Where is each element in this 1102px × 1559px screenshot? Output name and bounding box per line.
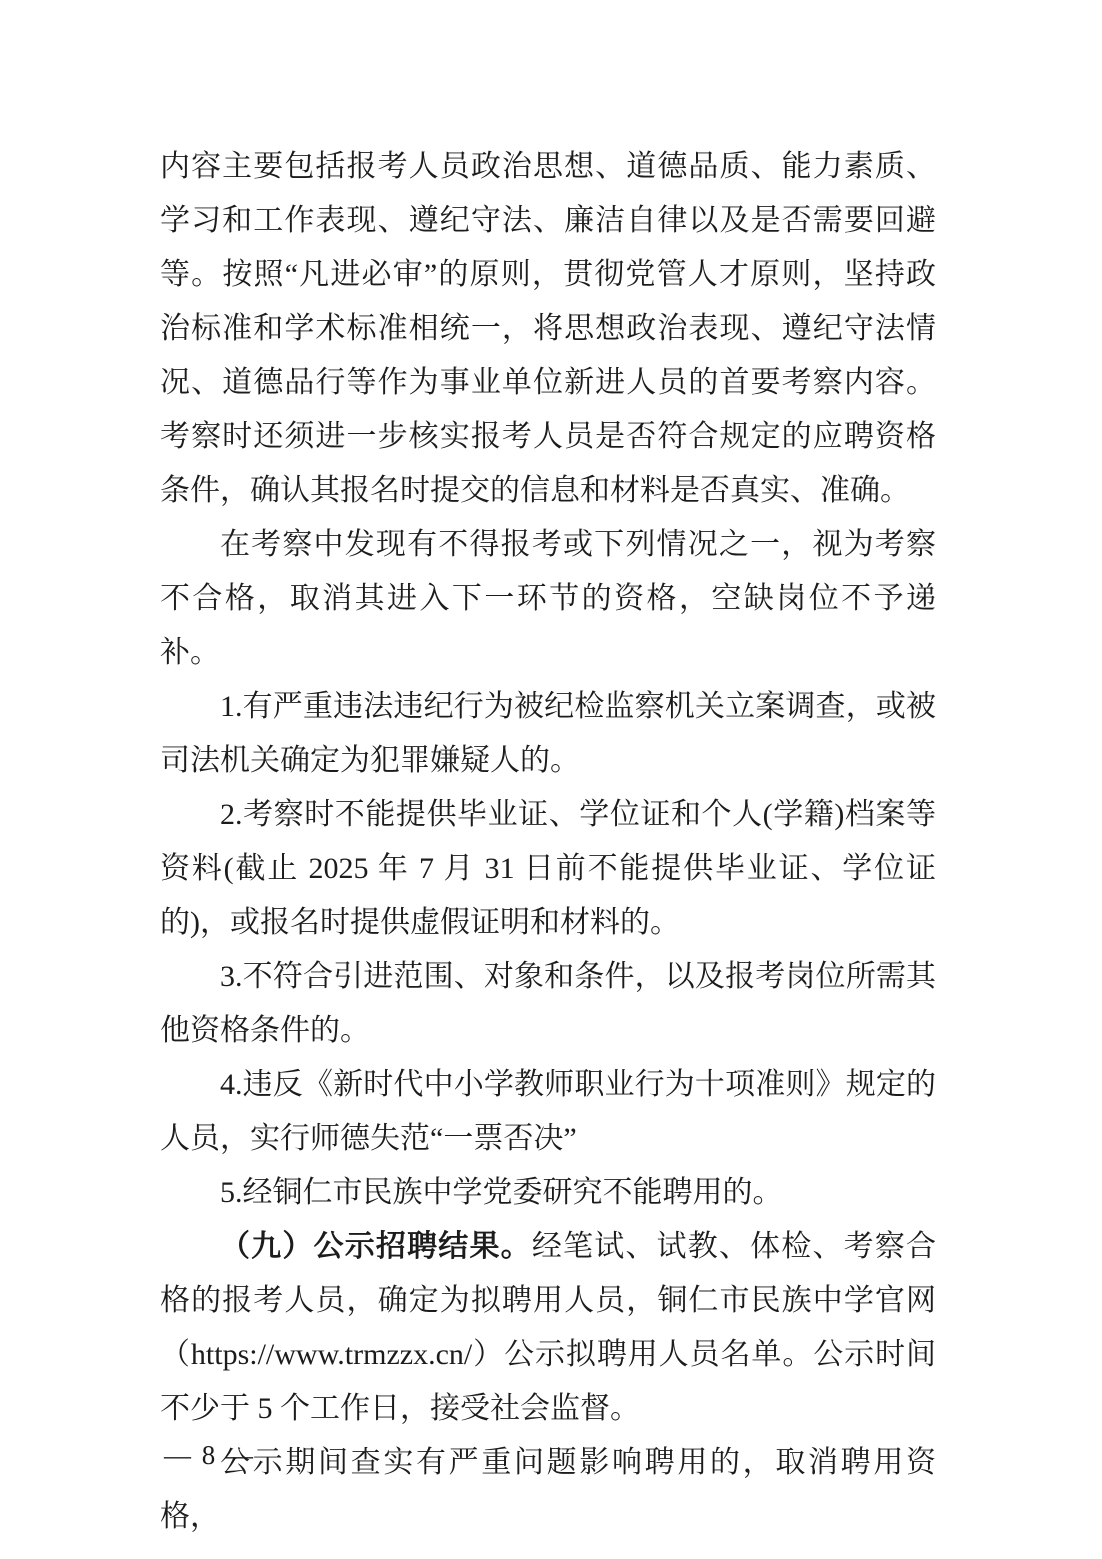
list-item-5: 5.经铜仁市民族中学党委研究不能聘用的。 — [160, 1166, 936, 1220]
section-9-heading: （九）公示招聘结果。 — [220, 1230, 532, 1263]
list-item-2: 2.考察时不能提供毕业证、学位证和个人(学籍)档案等资料(截止 2025 年 7… — [160, 788, 936, 950]
document-page: 内容主要包括报考人员政治思想、道德品质、能力素质、学习和工作表现、遵纪守法、廉洁… — [0, 0, 1102, 1559]
paragraph-inspection-failure-intro: 在考察中发现有不得报考或下列情况之一，视为考察不合格，取消其进入下一环节的资格，… — [160, 518, 936, 680]
paragraph-section-9: （九）公示招聘结果。经笔试、试教、体检、考察合格的报考人员，确定为拟聘用人员，铜… — [160, 1220, 936, 1436]
paragraph-publicity-period: 公示期间查实有严重问题影响聘用的，取消聘用资格， — [160, 1436, 936, 1544]
list-item-1: 1.有严重违法违纪行为被纪检监察机关立案调查，或被司法机关确定为犯罪嫌疑人的。 — [160, 680, 936, 788]
list-item-4: 4.违反《新时代中小学教师职业行为十项准则》规定的人员，实行师德失范“一票否决” — [160, 1058, 936, 1166]
list-item-3: 3.不符合引进范围、对象和条件，以及报考岗位所需其他资格条件的。 — [160, 950, 936, 1058]
paragraph-continued-from-previous-page: 内容主要包括报考人员政治思想、道德品质、能力素质、学习和工作表现、遵纪守法、廉洁… — [160, 140, 936, 518]
document-body: 内容主要包括报考人员政治思想、道德品质、能力素质、学习和工作表现、遵纪守法、廉洁… — [160, 140, 936, 1544]
page-number: — 8 — — [164, 1438, 255, 1472]
